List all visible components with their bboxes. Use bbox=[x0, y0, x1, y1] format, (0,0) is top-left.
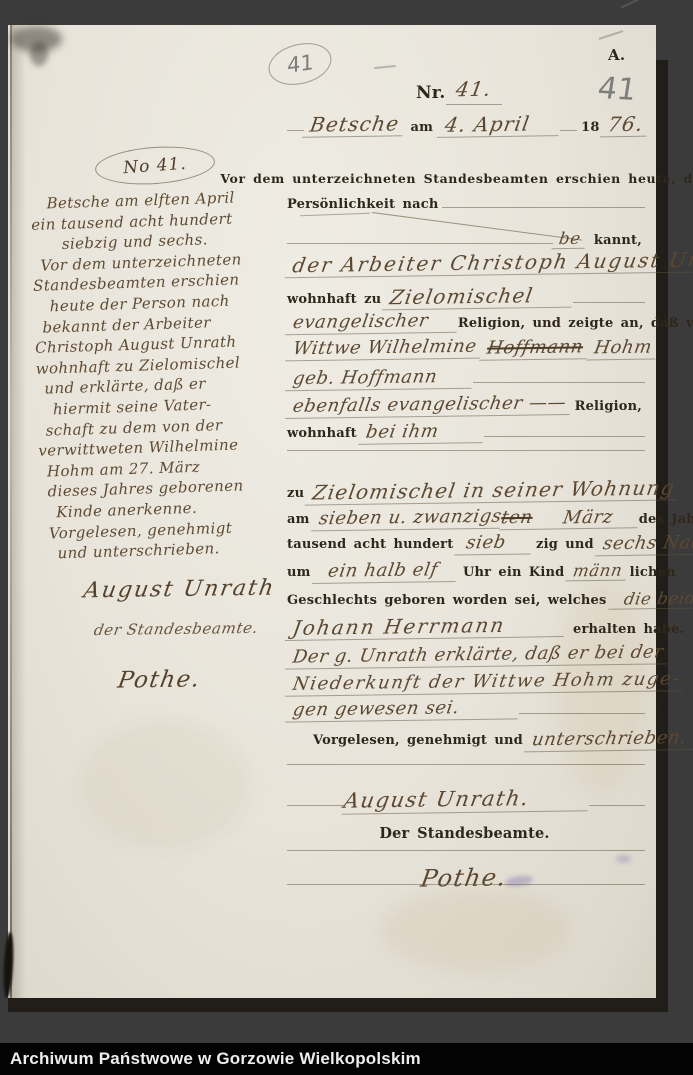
note-text-2: Niederkunft der Wittwe Hohm zuge- bbox=[285, 670, 687, 696]
birth-day: sieben u. zwanzigs bbox=[311, 508, 503, 532]
margin-number: No 41. bbox=[123, 153, 188, 177]
religion-label: Religion, bbox=[575, 400, 645, 416]
date-line: Betsche am 4. April 18 76. bbox=[287, 114, 648, 137]
declarant-name: der Arbeiter Christoph August Unrath bbox=[285, 249, 693, 279]
signature-declarant: August Unrath. bbox=[341, 786, 591, 814]
margin-registrar-label: der Standesbeamte. bbox=[86, 621, 264, 640]
mother-struck-name: Hoffmann bbox=[479, 338, 589, 360]
mother-name: Hohm bbox=[586, 339, 658, 361]
registrar-label: Der Standesbeamte. bbox=[379, 826, 552, 843]
line-birthplace: zu Zielomischel in seiner Wohnung bbox=[287, 480, 645, 503]
line-vorgelesen: Vorgelesen, genehmigt und unterschrieben… bbox=[287, 730, 645, 751]
zig-und-label: zig und bbox=[532, 538, 597, 554]
archive-footer-bar: Archiwum Państwowe w Gorzowie Wielkopols… bbox=[0, 1043, 693, 1075]
signature-registrar: Pothe. bbox=[413, 865, 514, 893]
uhr-ein-kind-label: Uhr ein Kind bbox=[457, 566, 568, 582]
line-blank bbox=[287, 450, 645, 451]
circled-pencil-number-value: 41 bbox=[287, 50, 313, 78]
vornamen-count: die beiden bbox=[608, 589, 693, 610]
date-value: 4. April bbox=[437, 113, 562, 138]
line-note-2: Niederkunft der Wittwe Hohm zuge- bbox=[287, 673, 645, 694]
bekannt-label: kannt, bbox=[586, 234, 645, 250]
date-am-label: am bbox=[405, 121, 440, 137]
mother-birthname: geb. Hoffmann bbox=[285, 368, 475, 391]
line-geschlecht: Geschlechts geboren worden sei, welches … bbox=[287, 590, 645, 610]
um-label: um bbox=[287, 566, 314, 582]
record-number-rule bbox=[446, 88, 502, 105]
line-blank-3 bbox=[287, 850, 645, 851]
form-intro: Vor dem unterzeichneten Standesbeamten e… bbox=[287, 172, 645, 187]
birth-day-struck: ten bbox=[499, 509, 539, 530]
line-residence: wohnhaft zu Zielomischel bbox=[287, 286, 645, 309]
note-text-3: gen gewesen sei. bbox=[285, 698, 521, 722]
line-bekannt: be kannt, bbox=[287, 230, 645, 250]
mother-prefix: Wittwe Wilhelmine bbox=[285, 338, 483, 362]
margin-note: Betsche am elften April ein tausend acht… bbox=[30, 186, 287, 564]
year-rest: sechs Nachmittags bbox=[595, 533, 693, 557]
des-jahres-label: des Jahres bbox=[639, 513, 693, 529]
am-label: am bbox=[287, 513, 313, 529]
wohnhaft-label: wohnhaft bbox=[287, 427, 360, 443]
date-century: 18 bbox=[577, 121, 602, 137]
line-registrar-label: Der Standesbeamte. bbox=[287, 826, 645, 843]
line-note-1: Der g. Unrath erklärte, daß er bei der bbox=[287, 646, 645, 667]
geschlechts-clause: Geschlechts geboren worden sei, welches bbox=[287, 594, 610, 610]
vorgelesen-label: Vorgelesen, genehmigt und bbox=[287, 734, 526, 750]
corner-letter: A. bbox=[608, 48, 628, 66]
birth-time: ein halb elf bbox=[312, 561, 459, 584]
pencil-scribble-corner-2 bbox=[621, 0, 642, 9]
line-mother-religion: ebenfalls evangelischer —— Religion, bbox=[287, 396, 645, 417]
zu-label: zu bbox=[287, 487, 307, 503]
wohnhaft-zu-label: wohnhaft zu bbox=[287, 293, 384, 309]
pencil-number: 41 bbox=[595, 71, 639, 108]
year-decade: sieb bbox=[455, 533, 534, 555]
mother-religion: ebenfalls evangelischer —— bbox=[285, 394, 573, 419]
child-names: Johann Herrmann bbox=[285, 614, 567, 641]
line-blank-2 bbox=[287, 764, 645, 765]
declarant-religion: evangelischer bbox=[285, 312, 460, 335]
fold-shadow bbox=[12, 25, 26, 998]
date-year: 76. bbox=[600, 114, 650, 138]
birth-month: März bbox=[535, 508, 640, 529]
bekannt-hw: be bbox=[552, 230, 588, 250]
mother-residence: bei ihm bbox=[358, 422, 486, 445]
tausend-label: tausend acht hundert bbox=[287, 538, 456, 554]
line-birthname: geb. Hoffmann bbox=[287, 369, 645, 390]
line-persoenlichkeit: Persönlichkeit nach bbox=[287, 198, 645, 214]
religion-clause: Religion, und zeigte an, daß von der bbox=[458, 317, 693, 333]
form-intro-text: Vor dem unterzeichneten Standesbeamten e… bbox=[220, 172, 693, 187]
line-birthtime: um ein halb elf Uhr ein Kind männ lichen bbox=[287, 562, 645, 583]
line-signature-declarant: August Unrath. bbox=[287, 788, 645, 813]
line-mother: Wittwe Wilhelmine Hoffmann Hohm bbox=[287, 339, 645, 360]
birth-place: Zielomischel in seiner Wohnung bbox=[305, 477, 682, 505]
note-text-1: Der g. Unrath erklärte, daß er bei der bbox=[285, 643, 670, 669]
line-note-3: gen gewesen sei. bbox=[287, 700, 645, 721]
persoenlichkeit-label: Persönlichkeit nach bbox=[287, 198, 442, 214]
scanned-register-page: A. 41 41 Nr. 41. Betsche am 4. April 18 … bbox=[0, 0, 693, 1075]
record-number-label: Nr. bbox=[416, 85, 448, 105]
margin-signature-declarant: August Unrath bbox=[76, 577, 282, 604]
declarant-residence: Zielomischel bbox=[382, 285, 575, 311]
date-place: Betsche bbox=[302, 113, 406, 137]
margin-signature-registrar: Pothe. bbox=[110, 667, 208, 693]
gender: männ bbox=[566, 562, 629, 582]
line-mother-residence: wohnhaft bei ihm bbox=[287, 423, 645, 444]
archive-name: Archiwum Państwowe w Gorzowie Wielkopols… bbox=[0, 1049, 421, 1069]
lichen-label: lichen bbox=[628, 566, 679, 582]
line-birthyear: tausend acht hundert sieb zig und sechs … bbox=[287, 534, 645, 555]
line-religion: evangelischer Religion, und zeigte an, d… bbox=[287, 313, 645, 334]
unterschrieben-hw: unterschrieben. bbox=[524, 729, 693, 753]
line-birthday: am sieben u. zwanzigs ten März des Jahre… bbox=[287, 509, 645, 530]
line-childnames: Johann Herrmann erhalten habe. bbox=[287, 616, 645, 639]
erhalten-habe-label: erhalten habe. bbox=[565, 623, 687, 639]
line-declarant: der Arbeiter Christoph August Unrath bbox=[287, 252, 645, 275]
